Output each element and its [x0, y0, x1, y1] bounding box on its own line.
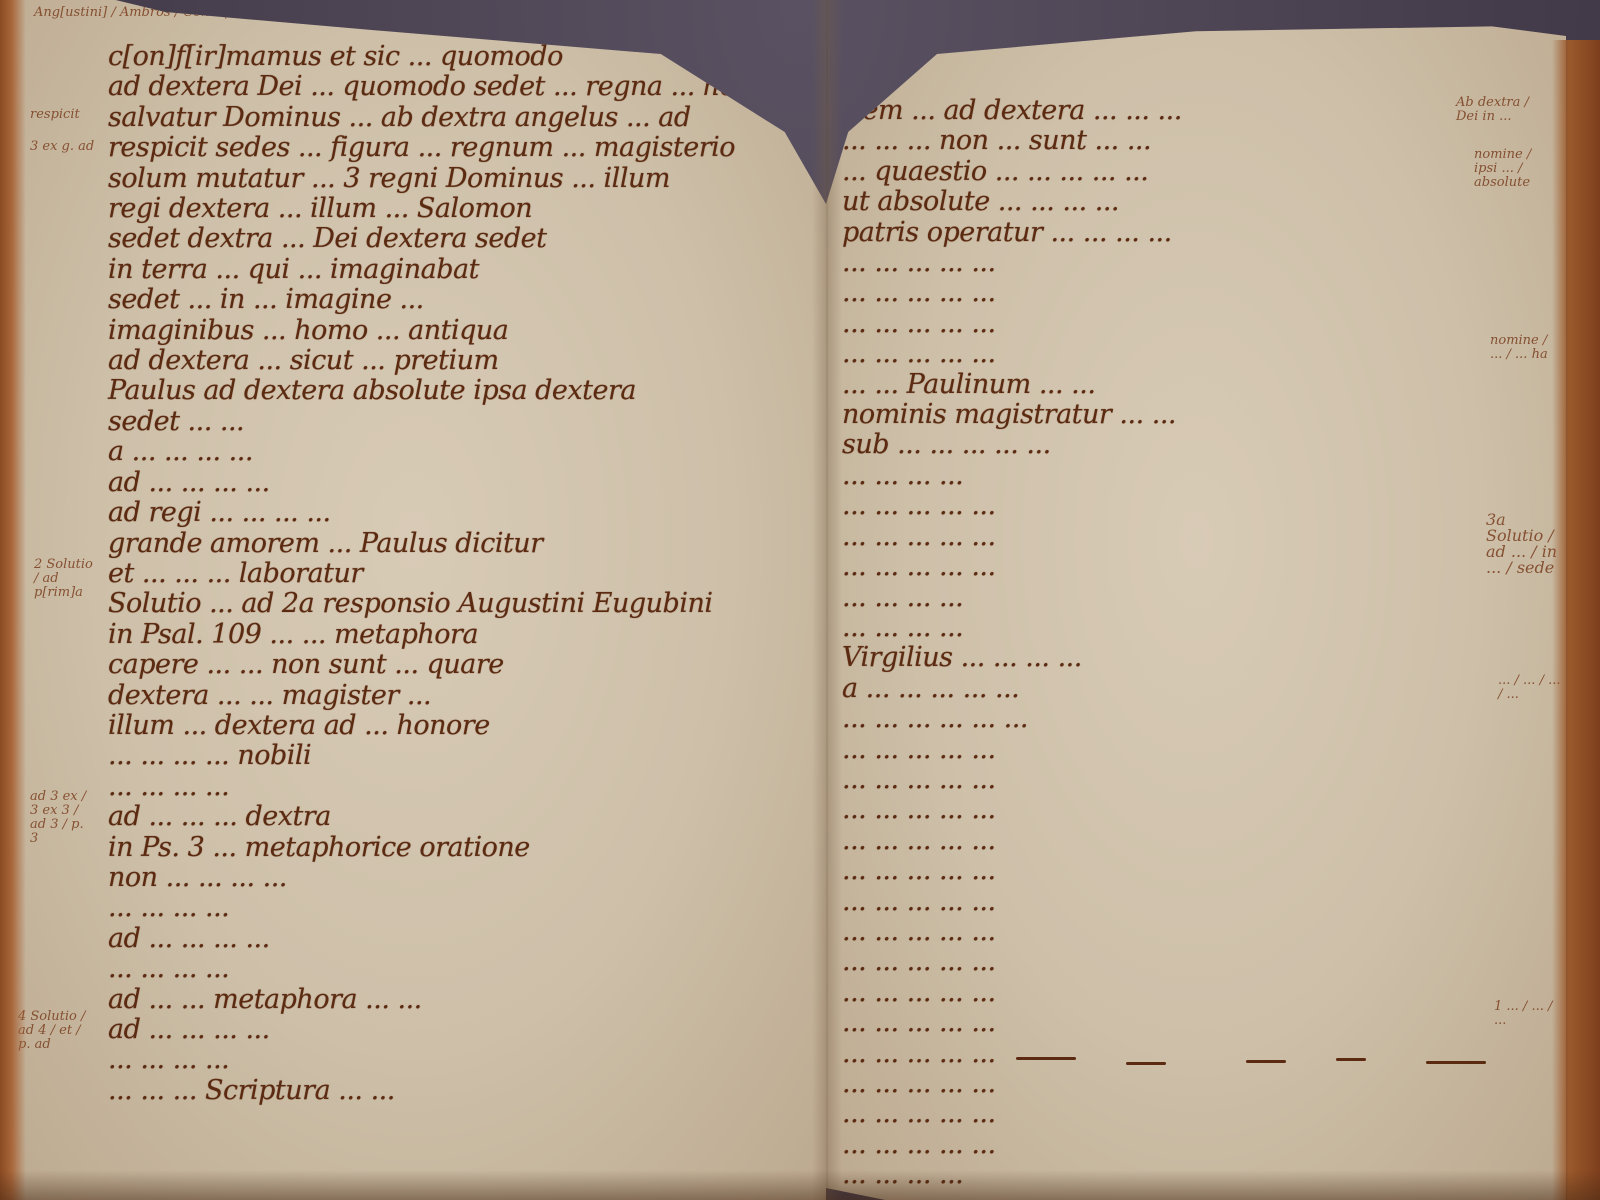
text-line: sedet ... ... [108, 407, 798, 437]
text-line: ... ... ... ... ... [842, 978, 1492, 1008]
text-line: ad ... ... ... ... [108, 1015, 798, 1045]
text-line: ... ... ... ... [108, 893, 798, 923]
text-line: ut absolute ... ... ... ... [842, 187, 1492, 217]
text-line: dextera ... ... magister ... [108, 681, 798, 711]
text-line: ... ... ... ... ... [842, 917, 1492, 947]
margin-note: nomine / ... / ... ha [1490, 334, 1560, 362]
right-page: Item ... ad dextera ... ... ... ... ... … [826, 0, 1566, 1200]
text-line: sub ... ... ... ... ... [842, 430, 1492, 460]
text-line: in Ps. 3 ... metaphorice oratione [108, 833, 798, 863]
book-gutter [812, 0, 842, 1200]
text-line: in terra ... qui ... imaginabat [108, 255, 798, 285]
text-line: ... ... ... ... [842, 583, 1492, 613]
text-line: a ... ... ... ... ... [842, 674, 1492, 704]
text-line: ... ... ... ... ... [842, 339, 1492, 369]
text-line: non ... ... ... ... [108, 863, 798, 893]
margin-note: 3 ex g. ad [30, 140, 94, 154]
text-line: ... ... ... ... ... [842, 278, 1492, 308]
text-line: ... ... ... ... [108, 1045, 798, 1075]
left-page: c[on]f[ir]mamus et sic ... quomodo ad de… [0, 0, 826, 1200]
text-line: ad ... ... metaphora ... ... [108, 985, 798, 1015]
text-line: patris operatur ... ... ... ... [842, 218, 1492, 248]
text-line: ... ... ... ... ... [842, 765, 1492, 795]
text-line: ... ... ... ... ... [842, 887, 1492, 917]
margin-note: 3a Solutio / ad ... / in ... / sede [1486, 512, 1561, 576]
text-line: ... ... ... ... ... [842, 1039, 1492, 1069]
margin-note: Ab dextra / Dei in ... [1456, 96, 1536, 124]
text-line: ... ... ... ... ... [842, 826, 1492, 856]
text-line: ... ... ... ... ... [842, 309, 1492, 339]
book-bottom-shadow [0, 1170, 1600, 1200]
text-line: ... ... ... ... ... [842, 1069, 1492, 1099]
text-line: illum ... dextera ad ... honore [108, 711, 798, 741]
text-line: ... ... ... ... ... [842, 947, 1492, 977]
text-line: ... ... ... ... ... [842, 856, 1492, 886]
text-line: ... ... ... ... ... [842, 1008, 1492, 1038]
text-line: ... ... ... ... ... [842, 248, 1492, 278]
text-line: ... ... ... ... ... [842, 735, 1492, 765]
text-line: ad ... ... ... ... [108, 468, 798, 498]
text-line: imaginibus ... homo ... antiqua [108, 316, 798, 346]
text-line: Paulus ad dextera absolute ipsa dextera [108, 376, 798, 406]
line-filler-dash [1336, 1058, 1366, 1061]
text-line: ad ... ... ... dextra [108, 802, 798, 832]
text-line: ad dextera Dei ... quomodo sedet ... reg… [108, 72, 798, 102]
text-line: ... ... ... ... ... [842, 1130, 1492, 1160]
page-edge [1552, 40, 1600, 1200]
margin-note: nomine / ipsi ... / absolute [1474, 148, 1554, 190]
text-line: grande amorem ... Paulus dicitur [108, 529, 798, 559]
right-page-text: Item ... ad dextera ... ... ... ... ... … [842, 96, 1492, 1191]
left-page-text: c[on]f[ir]mamus et sic ... quomodo ad de… [108, 42, 798, 1106]
line-filler-dash [1126, 1062, 1166, 1065]
margin-note: 4 Solutio / ad 4 / et / p. ad [18, 1010, 88, 1052]
text-line: in Psal. 109 ... ... metaphora [108, 620, 798, 650]
text-line: ... ... ... ... ... [842, 1099, 1492, 1129]
line-filler-dash [1426, 1061, 1486, 1064]
text-line: ... ... ... ... nobili [108, 741, 798, 771]
text-line: a ... ... ... ... [108, 437, 798, 467]
text-line: respicit sedes ... figura ... regnum ...… [108, 133, 798, 163]
page-edge [0, 0, 26, 1200]
text-line: ... ... ... non ... sunt ... ... [842, 126, 1492, 156]
text-line: Item ... ad dextera ... ... ... [842, 96, 1492, 126]
text-line: c[on]f[ir]mamus et sic ... quomodo [108, 42, 798, 72]
text-line: ... ... Paulinum ... ... [842, 370, 1492, 400]
text-line: solum mutatur ... 3 regni Dominus ... il… [108, 164, 798, 194]
text-line: ... ... ... ... ... [842, 552, 1492, 582]
margin-note: respicit [30, 108, 80, 122]
text-line: ... ... ... ... ... [842, 522, 1492, 552]
text-line: ad ... ... ... ... [108, 924, 798, 954]
text-line: salvatur Dominus ... ab dextra angelus .… [108, 103, 798, 133]
text-line: regi dextera ... illum ... Salomon [108, 194, 798, 224]
line-filler-dash [1246, 1060, 1286, 1063]
text-line: ... ... ... ... ... ... [842, 704, 1492, 734]
margin-note: Ang[ustini] / Ambros / Conceptio / Grat [34, 6, 292, 20]
text-line: nominis magistratur ... ... [842, 400, 1492, 430]
text-line: ... ... ... ... ... [842, 795, 1492, 825]
text-line: ad dextera ... sicut ... pretium [108, 346, 798, 376]
text-line: ... quaestio ... ... ... ... ... [842, 157, 1492, 187]
text-line: sedet dextra ... Dei dextera sedet [108, 224, 798, 254]
text-line: Virgilius ... ... ... ... [842, 643, 1492, 673]
text-line: ad regi ... ... ... ... [108, 498, 798, 528]
open-book: c[on]f[ir]mamus et sic ... quomodo ad de… [0, 0, 1600, 1200]
text-line: ... ... ... ... [842, 613, 1492, 643]
line-filler-dash [1016, 1057, 1076, 1060]
text-line: capere ... ... non sunt ... quare [108, 650, 798, 680]
text-line: ... ... ... ... [108, 772, 798, 802]
margin-note: 2 Solutio / ad p[rim]a [34, 558, 94, 600]
text-line: ... ... ... ... [108, 954, 798, 984]
text-line: ... ... ... ... ... [842, 491, 1492, 521]
text-line: ... ... ... ... [842, 461, 1492, 491]
text-line: ... ... ... Scriptura ... ... [108, 1076, 798, 1106]
text-line: Solutio ... ad 2a responsio Augustini Eu… [108, 589, 798, 619]
text-line: et ... ... ... laboratur [108, 559, 798, 589]
text-line: sedet ... in ... imagine ... [108, 285, 798, 315]
margin-note: ad 3 ex / 3 ex 3 / ad 3 / p. 3 [30, 790, 90, 846]
